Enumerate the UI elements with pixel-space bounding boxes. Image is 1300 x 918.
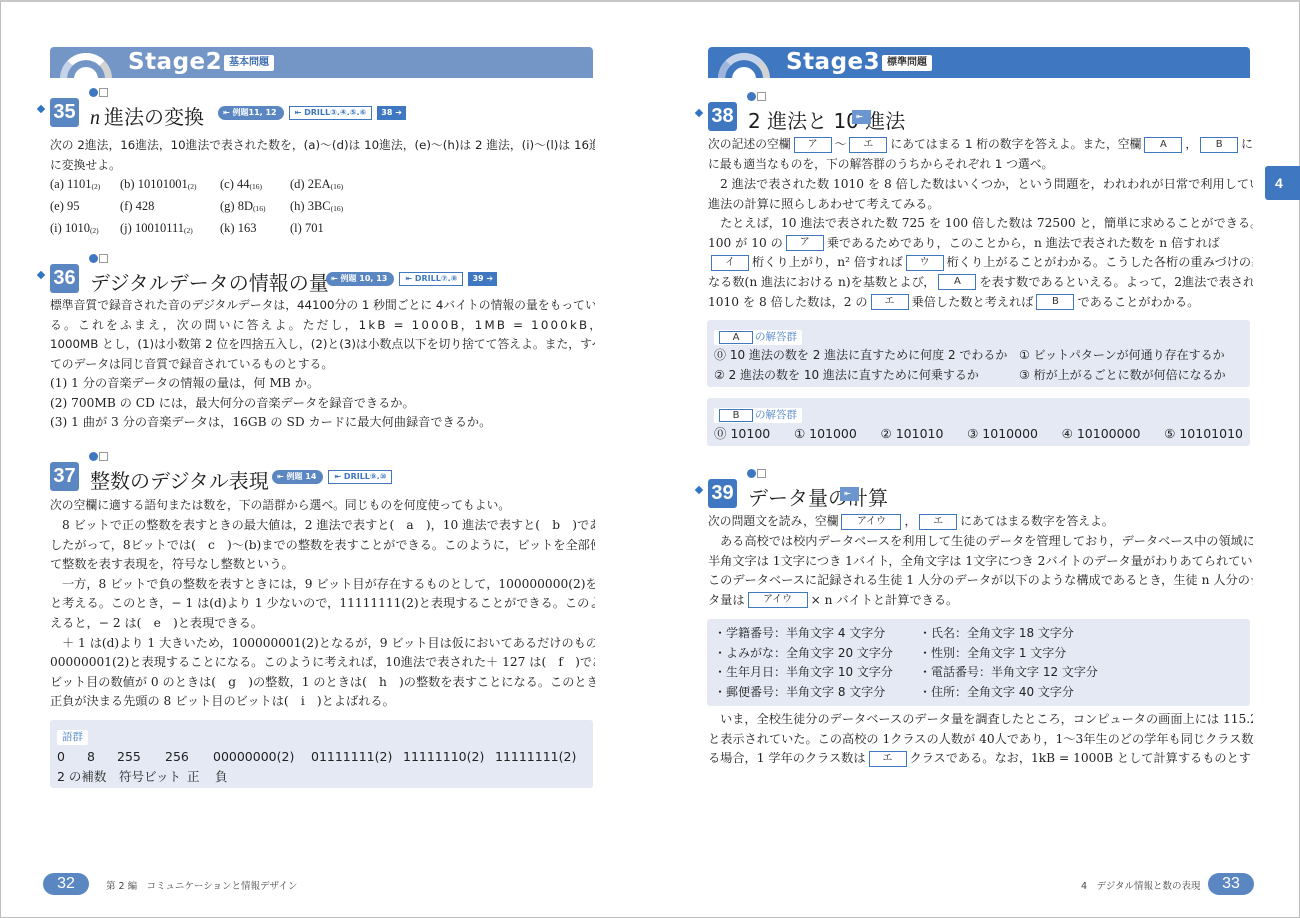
problem-title: データ量の計算 [748, 482, 888, 511]
diamond-marker-icon [695, 109, 703, 117]
problem-refs: ⇤ 例題 14 ⇤ DRILL⑨.⑩ [272, 470, 392, 484]
item-h: (h) 3BC(16) [290, 197, 380, 219]
problem-number: 37 [50, 462, 79, 491]
back-ref-link[interactable]: ⇤ 36 [840, 487, 859, 501]
think-tag-icon [89, 452, 98, 461]
diamond-marker-icon [37, 271, 45, 279]
chapter-tab[interactable]: 4 [1265, 166, 1300, 200]
option-2: ② 101010 [881, 424, 944, 444]
item-a: (a) 1101(2) [50, 175, 120, 197]
stage3-header: Stage3 標準問題 [708, 47, 1250, 78]
calc-tag-icon [757, 469, 766, 478]
stage-title: Stage3 [786, 47, 880, 78]
right-page: Stage3 標準問題 38 2 進法と 10 進法 ⇤ 35 次の記述の空欄ア… [650, 0, 1300, 918]
blank-e: エ [919, 514, 957, 530]
blank-B: B [1036, 294, 1074, 310]
skill-tags [747, 469, 766, 478]
drill-ref-link[interactable]: ⇤ DRILL⑨.⑩ [328, 470, 392, 484]
item-e: (e) 95 [50, 197, 120, 219]
stage-kind-badge: 基本問題 [224, 55, 274, 71]
blank-u: ウ [906, 255, 944, 271]
skill-tags [89, 452, 108, 461]
problem-35-intro: 次の 2進法，16進法，10進法で表された数を，(a)〜(d)は 10進法，(e… [50, 136, 595, 175]
item-i: (i) 1010(2) [50, 219, 120, 241]
field-address: ・住所：全角文字 40 文字分 [919, 683, 1219, 703]
record-fields: ・学籍番号：半角文字 4 文字分 ・氏名：全角文字 18 文字分 ・よみがな：全… [714, 624, 1243, 702]
blank-e: エ [849, 137, 887, 153]
problem-39-body: ある高校では校内データベースを利用して生徒のデータを管理しており，データベース中… [708, 532, 1253, 610]
field-student-id: ・学籍番号：半角文字 4 文字分 [714, 624, 919, 644]
diamond-marker-icon [37, 105, 45, 113]
item-g: (g) 8D(16) [220, 197, 290, 219]
item-l: (l) 701 [290, 219, 380, 241]
blank-i: イ [711, 255, 749, 271]
problem-36-questions: (1) 1 分の音楽データの情報の量は，何 MB か。 (2) 700MB の … [50, 374, 595, 433]
problem-number: 36 [50, 264, 79, 293]
next-problem-link[interactable]: 38 ➔ [377, 106, 406, 120]
field-birthdate: ・生年月日：半角文字 10 文字分 [714, 663, 919, 683]
problem-title: 整数のデジタル表現 [90, 465, 269, 494]
item-d: (d) 2EA(16) [290, 175, 380, 197]
option-1: ① ビットパターンが何通り存在するか [1019, 346, 1249, 366]
problem-number: 38 [708, 102, 737, 131]
blank-B: B [1200, 137, 1238, 153]
field-reading: ・よみがな：全角文字 20 文字分 [714, 644, 919, 664]
drill-ref-link[interactable]: ⇤ DRILL③.④.⑤.⑥ [289, 106, 373, 120]
calc-tag-icon [99, 452, 108, 461]
problem-39-intro: 次の問題文を読み，空欄アイウ，エにあてはまる数字を答えよ。 [708, 512, 1253, 532]
drill-ref-link[interactable]: ⇤ DRILL⑦.⑧ [399, 272, 463, 286]
stage-progress-ring-icon [60, 53, 112, 78]
skill-tags [89, 254, 108, 263]
word-bank-label: 語群 [57, 730, 88, 745]
field-postal-code: ・郵便番号：半角文字 8 文字分 [714, 683, 919, 703]
page-number: 32 [43, 873, 89, 895]
item-c: (c) 44(16) [220, 175, 290, 197]
answer-group-label: Aの解答群 [714, 330, 802, 345]
problem-refs: ⇤ 35 [852, 110, 871, 124]
think-tag-icon [89, 88, 98, 97]
item-b: (b) 10101001(2) [120, 175, 220, 197]
think-tag-icon [747, 92, 756, 101]
example-ref-link[interactable]: ⇤ 例題 14 [272, 470, 323, 484]
footer-section-title: 4 デジタル情報と数の表現 [1081, 878, 1200, 892]
diamond-marker-icon [695, 486, 703, 494]
problem-refs: ⇤ 例題 10, 13 ⇤ DRILL⑦.⑧ 39 ➔ [326, 272, 497, 286]
problem-title: 2 進法と 10 進法 [748, 105, 905, 134]
problem-number: 35 [50, 98, 79, 127]
think-tag-icon [747, 469, 756, 478]
problem-38-intro: 次の記述の空欄ア〜エにあてはまる 1 桁の数字を答えよ。また，空欄A，Bにいれる… [708, 135, 1253, 174]
answer-options-B: ⓪ 10100 ① 101000 ② 101010 ③ 1010000 ④ 10… [714, 424, 1243, 444]
footer-section-title: 第 2 編 コミュニケーションと情報デザイン [106, 878, 297, 892]
problem-refs: ⇤ 36 [840, 487, 859, 501]
word-bank-row-1: 0 8 255 256 00000000(2) 01111111(2) 1111… [57, 747, 586, 767]
stage-progress-ring-icon [718, 53, 770, 78]
calc-tag-icon [99, 88, 108, 97]
record-fields-box: ・学籍番号：半角文字 4 文字分 ・氏名：全角文字 18 文字分 ・よみがな：全… [707, 619, 1250, 706]
blank-aiu: アイウ [748, 592, 808, 608]
calc-tag-icon [99, 254, 108, 263]
example-ref-link[interactable]: ⇤ 例題11, 12 [218, 106, 284, 120]
option-5: ⑤ 10101010 [1164, 424, 1243, 444]
problem-refs: ⇤ 例題11, 12 ⇤ DRILL③.④.⑤.⑥ 38 ➔ [218, 106, 406, 120]
blank-e: エ [869, 751, 907, 767]
blank-a: ア [794, 137, 832, 153]
blank-A: A [938, 274, 976, 290]
word-bank-box: 語群 0 8 255 256 00000000(2) 01111111(2) 1… [50, 720, 593, 788]
problem-39-tail: いま，全校生徒分のデータベースのデータ量を調査したところ，コンピュータの画面上に… [708, 710, 1253, 769]
problem-38-body: 2 進法で表された数 1010 を 8 倍した数はいくつか，という問題を，われわ… [708, 175, 1253, 312]
blank-e: エ [871, 294, 909, 310]
problem-37-intro: 次の空欄に適する語句または数を，下の語群から選べ。同じものを何度使ってもよい。 [50, 496, 595, 516]
answer-group-A: Aの解答群 ⓪ 10 進法の数を 2 進法に直すために何度 2 でわるか ① ビ… [707, 320, 1250, 387]
next-problem-link[interactable]: 39 ➔ [468, 272, 497, 286]
stage-kind-badge: 標準問題 [882, 55, 932, 71]
field-name: ・氏名：全角文字 18 文字分 [919, 624, 1219, 644]
item-k: (k) 163 [220, 219, 290, 241]
problem-title: n進法の変換 [90, 101, 204, 130]
answer-group-B: Bの解答群 ⓪ 10100 ① 101000 ② 101010 ③ 101000… [707, 398, 1250, 446]
example-ref-link[interactable]: ⇤ 例題 10, 13 [326, 272, 394, 286]
option-2: ② 2 進法の数を 10 進法に直すために何乗するか [714, 366, 1019, 386]
problem-title: デジタルデータの情報の量 [90, 267, 329, 296]
problem-36-body: 標準音質で録音された音のデジタルデータは，44100分の 1 秒間ごとに 4バイ… [50, 296, 595, 374]
option-1: ① 101000 [794, 424, 857, 444]
page-number: 33 [1208, 873, 1254, 895]
skill-tags [747, 92, 766, 101]
answer-group-label: Bの解答群 [714, 408, 802, 423]
problem-35-items: (a) 1101(2) (b) 10101001(2) (c) 44(16) (… [50, 175, 380, 240]
blank-aiu: アイウ [841, 514, 901, 530]
skill-tags [89, 88, 108, 97]
option-0: ⓪ 10 進法の数を 2 進法に直すために何度 2 でわるか [714, 346, 1019, 366]
stage-title: Stage2 [128, 47, 222, 78]
think-tag-icon [89, 254, 98, 263]
option-0: ⓪ 10100 [714, 424, 770, 444]
left-page: Stage2 基本問題 35 n進法の変換 ⇤ 例題11, 12 ⇤ DRILL… [0, 0, 650, 918]
problem-37-body: 8 ビットで正の整数を表すときの最大値は，2 進法で表すと( a )，10 進法… [50, 516, 595, 712]
item-j: (j) 10010111(2) [120, 219, 220, 241]
option-3: ③ 桁が上がるごとに数が何倍になるか [1019, 366, 1249, 386]
blank-A: A [1144, 137, 1182, 153]
field-phone: ・電話番号：半角文字 12 文字分 [919, 663, 1219, 683]
option-4: ④ 10100000 [1062, 424, 1141, 444]
calc-tag-icon [757, 92, 766, 101]
stage2-header: Stage2 基本問題 [50, 47, 593, 78]
answer-options-A: ⓪ 10 進法の数を 2 進法に直すために何度 2 でわるか ① ビットパターン… [714, 346, 1243, 385]
back-ref-link[interactable]: ⇤ 35 [852, 110, 871, 124]
blank-a: ア [786, 235, 824, 251]
problem-number: 39 [708, 479, 737, 508]
item-f: (f) 428 [120, 197, 220, 219]
word-bank-row-2: 2 の補数 符号ビット 正 負 [57, 767, 586, 787]
option-3: ③ 1010000 [967, 424, 1038, 444]
field-gender: ・性別：全角文字 1 文字分 [919, 644, 1219, 664]
